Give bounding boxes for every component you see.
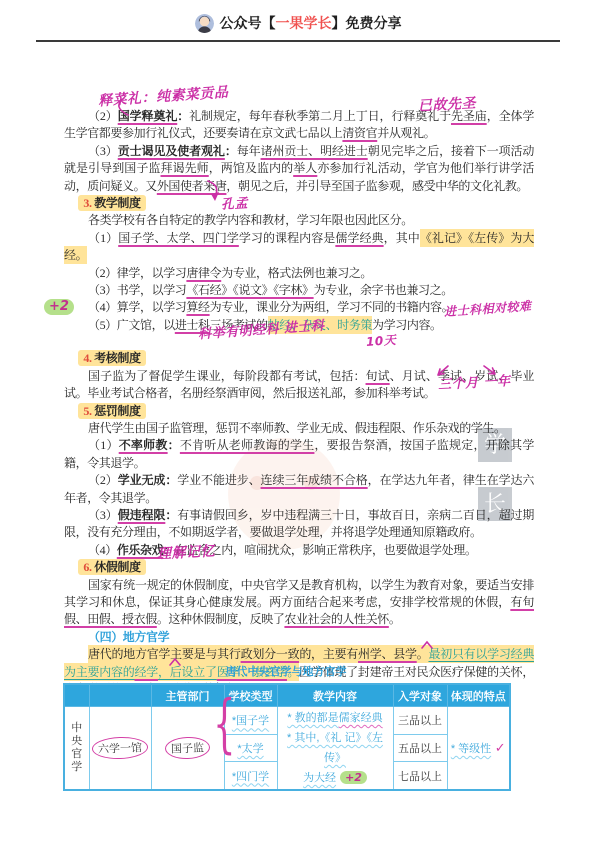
para-punish-4: （4）作乐杂戏：在监舍之内，喧闹扰众，影响正常秩序，也要做退学处理。 xyxy=(64,542,534,559)
text-segment: （3）书学，以学习 xyxy=(88,283,186,297)
text-segment: * 教的都是 xyxy=(287,712,338,724)
note-kongmeng: 孔孟 xyxy=(221,192,249,212)
para-school-1: （1）国子学、太学、四门学学习的课程内容是儒学经典，其中《礼记》《左传》为大经。 xyxy=(64,230,534,265)
heading-vacation-system: 6. 休假制度 xyxy=(64,559,534,576)
circled-guozijian: 国子监 xyxy=(165,736,211,760)
text-segment: 旬试 xyxy=(366,369,390,383)
para-punishment-intro: 唐代学生由国子监管理，惩罚不率师教、学业无成、假违程限、作乐杂戏的学生。 xyxy=(64,420,534,437)
text-segment: （5）广文馆，以 xyxy=(88,318,175,332)
text-segment: ： xyxy=(177,109,189,123)
text-segment: （2） xyxy=(88,109,118,123)
text-segment: 国子监为了督促学生课业，每阶段都有考试，包括： xyxy=(88,369,366,383)
para-punish-3: （3）假违程限：有事请假回乡，岁中违程满三十日，事故百日，亲病二百日，超过期限，… xyxy=(64,507,534,542)
para-punish-2: （2）学业无成：学业不能进步、连续三年成绩不合格，在学达九年者，律生在学达六年者… xyxy=(64,472,534,507)
text-segment: （3） xyxy=(88,144,118,158)
text-segment: 国子学、太学、四门学 xyxy=(118,231,239,245)
table-header-cell xyxy=(64,684,89,707)
heading-teaching-system: 3. 教学制度 xyxy=(64,195,534,212)
heading-local-official-school: （四）地方官学 xyxy=(64,629,534,646)
text-segment: ，朝见之后，并引导至国子监参观，感受中华的文化礼教。 xyxy=(226,179,528,193)
heading-punishment-system: 5. 惩罚制度 xyxy=(64,403,534,420)
document-page: 公众号【一果学长】免费分享 学 长 （2）国学释奠礼：礼制规定，每年春秋季第二月… xyxy=(0,0,596,842)
cell-teaching-content: * 教的都是儒家经典* 其中,《礼 记》《左 传》为大经+2 xyxy=(277,707,393,791)
header-divider xyxy=(36,40,560,42)
text-segment: 并从观礼。 xyxy=(377,126,435,140)
text-segment: 清资官 xyxy=(342,126,377,140)
text-segment: 礼制规定，每年春秋季第二月上丁日，行释奠礼于 xyxy=(189,109,451,123)
text-segment: 为专业，余字书也兼习之。 xyxy=(314,283,453,297)
text-segment: 国家有统一规定的休假制度，中央官学又是教育机构，以学生为教育对象，要适当安排其学… xyxy=(64,578,534,609)
text-segment: ： xyxy=(225,144,237,158)
text-segment: 学习的课程内容是 xyxy=(239,231,336,245)
text-segment: * 等级性 xyxy=(451,743,491,755)
cell-trait-hierarchy: * 等级性 ✓ xyxy=(447,707,510,791)
text-segment: （四）地方官学 xyxy=(88,630,169,644)
margin-plus2-badge: +2 xyxy=(44,299,74,315)
text-segment: 为学习内容。 xyxy=(372,318,442,332)
text-segment: 3. xyxy=(83,196,94,210)
text-segment: 为专业，格式法例也兼习之。 xyxy=(221,266,372,280)
cell-admission-rank: 七品以上 xyxy=(393,762,447,790)
text-segment: 政划分一致 xyxy=(241,645,300,663)
text-segment: 惩罚制度 xyxy=(94,404,140,418)
text-segment: 为专业，课业分为两组，学习不同的书籍内容。 xyxy=(210,300,454,314)
document-body: （2）国学释奠礼：礼制规定，每年春秋季第二月上丁日，行释奠礼于先圣庙，全体学生学… xyxy=(64,108,534,698)
text-segment: 儒学经典 xyxy=(335,231,383,245)
text-segment: 连续三年成绩不合格 xyxy=(261,473,368,487)
section-heading-highlight: 6. 休假制度 xyxy=(78,559,145,575)
note-ten-days: 10天 xyxy=(365,331,396,350)
text-segment: 唐代学生由国子监管理，惩罚不率师教、学业无成、假违程限、作乐杂戏的学生。 xyxy=(88,421,506,435)
para-teaching-intro: 各类学校有各自特定的教学内容和教材，学习年限也因此区分。 xyxy=(64,212,534,229)
text-segment: 为大经 xyxy=(303,772,336,784)
text-segment: 考核制度 xyxy=(94,351,140,365)
text-segment: （1） xyxy=(88,231,118,245)
text-segment: （2） xyxy=(88,473,118,487)
text-segment: 。这种休假制度，反映了 xyxy=(157,612,285,626)
cell-admission-rank: 五品以上 xyxy=(393,734,447,762)
cell-admission-rank: 三品以上 xyxy=(393,707,447,735)
text-segment: 外国使者来唐 xyxy=(157,179,227,193)
text-segment: +2 xyxy=(340,771,367,784)
text-segment: 儒家经典 xyxy=(339,712,383,724)
section-heading-highlight: 5. 惩罚制度 xyxy=(78,403,145,419)
text-segment: 在监舍之内，喧闹扰众，影响正常秩序，也要做退学处理。 xyxy=(175,543,477,557)
header-title-suffix: 】免费分享 xyxy=(332,13,402,33)
text-segment: 农业社会的人性关怀 xyxy=(284,612,388,626)
text-segment: ，两馆及监内的 xyxy=(209,161,293,175)
text-segment: 举人 xyxy=(293,161,317,175)
heading-assessment-system: 4. 考核制度 xyxy=(64,350,534,367)
para-gongshi-yejian: （3）贡士谒见及使者观礼：每年诸州贡士、明经进士朝见完毕之后，接着下一项活动就是… xyxy=(64,143,534,195)
curly-brace-annotation: { xyxy=(213,694,235,754)
text-segment: 。 xyxy=(389,612,401,626)
cell-school-type: *四门学 xyxy=(224,762,277,790)
text-segment: （3） xyxy=(88,508,118,522)
table-row: 中央官学六学一馆国子监*国子学* 教的都是儒家经典* 其中,《礼 记》《左 传》… xyxy=(64,707,510,735)
text-segment: 6. xyxy=(83,560,94,574)
text-segment: 算经 xyxy=(186,300,209,314)
circled-six-schools: 六学一馆 xyxy=(92,736,149,760)
text-segment: ： xyxy=(165,473,177,487)
text-segment: 假违程限 xyxy=(118,508,166,522)
text-segment: 国学释奠礼 xyxy=(118,109,178,123)
page-header: 公众号【一果学长】免费分享 xyxy=(0,10,596,36)
table-header-cell: 入学对象 xyxy=(393,684,447,707)
text-segment: ： xyxy=(165,508,177,522)
text-segment: 不率师教 xyxy=(119,438,168,452)
text-segment: （2）律学，以学习 xyxy=(88,266,186,280)
para-school-2: （2）律学，以学习唐律令为专业，格式法例也兼习之。 xyxy=(64,265,534,282)
text-segment: 学业无成 xyxy=(118,473,166,487)
header-brand: 一果学长 xyxy=(276,13,332,33)
text-segment: （4）算学，以学习 xyxy=(88,300,186,314)
text-segment: 拜谒先师 xyxy=(161,161,209,175)
text-segment: 休假制度 xyxy=(94,560,140,574)
text-segment: 贡士谒见及使者观礼 xyxy=(118,144,225,158)
para-guoxue-shidianli: （2）国学释奠礼：礼制规定，每年春秋季第二月上丁日，行释奠礼于先圣庙，全体学生学… xyxy=(64,108,534,143)
text-segment: 4. xyxy=(83,351,94,365)
table-header-row: 主管部门学校类型教学内容入学对象体现的特点 xyxy=(64,684,510,707)
official-school-table: 主管部门学校类型教学内容入学对象体现的特点 中央官学六学一馆国子监*国子学* 教… xyxy=(63,683,511,791)
text-segment: （1） xyxy=(88,438,119,452)
note-understand-memorize: 理解记忆 xyxy=(157,540,216,563)
text-segment: 唐律令 xyxy=(186,266,221,280)
cell-central-official-school: 中央官学 xyxy=(64,707,89,791)
para-school-3: （3）书学，以学习《石经》《说文》《字林》为专业，余字书也兼习之。 xyxy=(64,282,534,299)
text-segment: 不肯听从老师教诲的学生 xyxy=(180,438,315,452)
text-segment: 各类学校有各自特定的教学内容和教材，学习年限也因此区分。 xyxy=(88,213,413,227)
para-vacation: 国家有统一规定的休假制度，中央官学又是教育机构，以学生为教育对象，要适当安排其学… xyxy=(64,577,534,629)
text-segment: 的，主要有 xyxy=(299,645,358,663)
note-quarter-year: 三个月 一年 xyxy=(438,370,511,393)
text-segment: 诸州贡士、明经进士 xyxy=(261,144,368,158)
text-segment: 5. xyxy=(83,404,94,418)
text-segment: * 其中,《礼 记》《左 传》 xyxy=(287,732,383,764)
section-heading-highlight: 4. 考核制度 xyxy=(78,350,145,366)
text-segment: 每年 xyxy=(237,144,261,158)
table-header-cell xyxy=(89,684,151,707)
official-school-table-section: 唐代中央官学与地方官学 主管部门学校类型教学内容入学对象体现的特点 中央官学六学… xyxy=(63,663,509,791)
text-segment: ： xyxy=(168,438,180,452)
text-segment: 唐代的地方官学主要是与其行 xyxy=(88,645,241,663)
text-segment: 州学、县学 xyxy=(358,645,417,663)
table-header-cell: 体现的特点 xyxy=(447,684,510,707)
note-deceased-sage: 已故先圣 xyxy=(418,92,477,115)
text-segment: 学业不能进步、 xyxy=(177,473,260,487)
table-header-cell: 教学内容 xyxy=(277,684,393,707)
para-punish-1: （1）不率师教：不肯听从老师教诲的学生，要报告祭酒，按国子监规定，开除其学籍，令… xyxy=(64,437,534,472)
section-heading-highlight: 3. 教学制度 xyxy=(78,195,145,211)
table-caption: 唐代中央官学与地方官学 xyxy=(63,663,509,679)
cell-six-schools-one-hall: 六学一馆 xyxy=(89,707,151,791)
text-segment: ✓ xyxy=(491,740,506,755)
text-segment: ，其中 xyxy=(384,231,420,245)
text-segment: 。 xyxy=(417,645,429,663)
brand-avatar-icon xyxy=(195,14,214,33)
text-segment: （4） xyxy=(88,543,117,557)
text-segment: 《石经》《说文》《字林》 xyxy=(186,283,313,297)
note-shicaili: 释菜礼：纯素菜贡品 xyxy=(97,81,229,110)
header-title-prefix: 公众号【 xyxy=(220,13,276,33)
text-segment: 教学制度 xyxy=(94,196,140,210)
